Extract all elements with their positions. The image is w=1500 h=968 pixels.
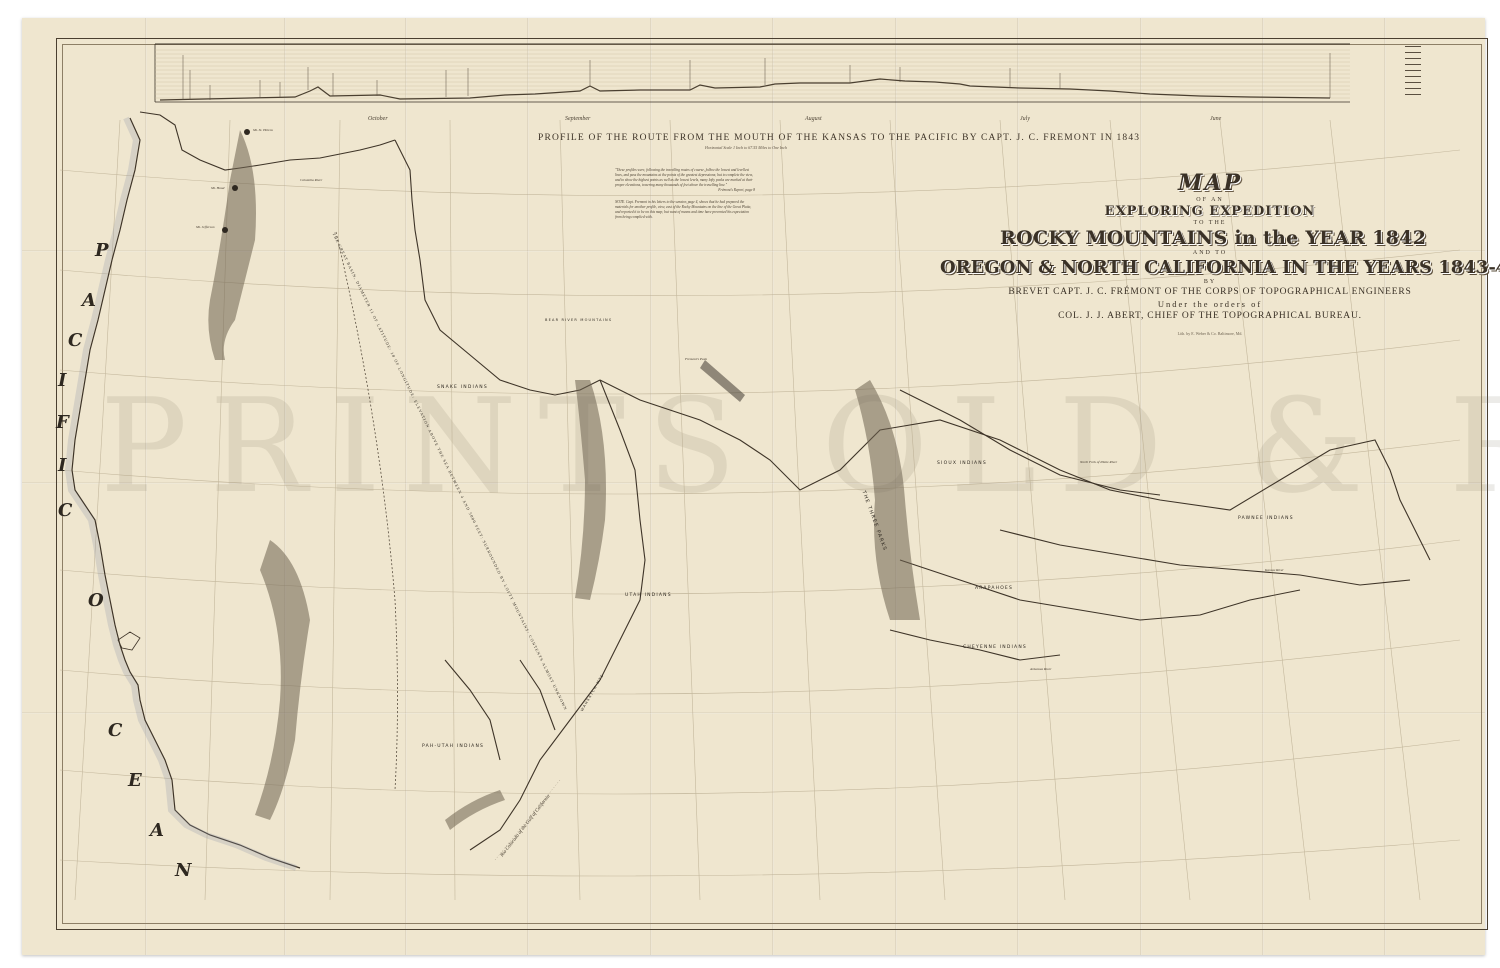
title-abert: Col. J. J. Abert, Chief of the Topograph… (1000, 311, 1420, 321)
ocean-letter: A (150, 820, 164, 841)
ocean-letter: C (108, 720, 122, 741)
title-to-the: TO THE (1000, 220, 1420, 226)
label-pah-utah-indians: PAH-UTAH INDIANS (422, 744, 484, 749)
mountain-ranges (208, 130, 920, 830)
quote-text: "These profiles were, following the trav… (615, 168, 753, 187)
label-kansas-river: Kansas River (1265, 568, 1284, 572)
label-bear-river-mountains: BEAR RIVER MOUNTAINS (545, 318, 612, 322)
label-arapahoes: ARAPAHOES (975, 586, 1013, 591)
ocean-letter: I (58, 455, 66, 476)
month-september: September (565, 116, 590, 122)
ocean-letter: F (56, 412, 69, 433)
ocean-letter: C (68, 330, 82, 351)
ocean-letter: O (88, 590, 104, 611)
title-orders: Under the orders of (1000, 299, 1420, 309)
pacific-coastline (68, 118, 300, 868)
lithographer-imprint: Lith. by E. Weber & Co. Baltimore, Md. (1000, 331, 1420, 336)
title-exploring-expedition: EXPLORING EXPEDITION (1000, 204, 1420, 219)
quote-source: Frémont's Report, page 8 (615, 188, 755, 193)
title-rocky-mountains: ROCKY MOUNTAINS in the YEAR 1842 (1000, 227, 1420, 249)
title-map: MAP (1000, 170, 1420, 196)
month-august: August (805, 116, 822, 122)
title-cartouche: MAP OF AN EXPLORING EXPEDITION TO THE RO… (1000, 170, 1420, 336)
month-october: October (368, 116, 388, 122)
label-fremonts-peak: Fremont's Peak (685, 357, 707, 361)
ocean-letter: C (58, 500, 72, 521)
label-mt-hood: Mt. Hood (211, 186, 224, 190)
title-of-an: OF AN (1000, 197, 1420, 203)
san-francisco-bay (118, 632, 140, 650)
fremont-quote: "These profiles were, following the trav… (615, 168, 755, 193)
ocean-letter: I (58, 370, 66, 391)
great-basin-line (336, 232, 398, 790)
ocean-letter: A (82, 290, 96, 311)
label-cheyenne-indians: CHEYENNE INDIANS (963, 645, 1027, 650)
label-platte-river: North Fork of Platte River (1080, 460, 1117, 464)
month-june: June (1210, 116, 1221, 122)
title-oregon-california: OREGON & NORTH CALIFORNIA IN THE YEARS 1… (940, 257, 1420, 278)
elevation-profile (155, 44, 1421, 102)
ocean-letter: N (175, 860, 191, 881)
ocean-letter: P (95, 240, 109, 261)
label-utah-indians: UTAH INDIANS (625, 593, 672, 598)
title-and-to: AND TO (1000, 250, 1420, 256)
label-sioux-indians: SIOUX INDIANS (937, 461, 987, 466)
label-snake-indians: SNAKE INDIANS (437, 385, 488, 390)
title-author: Brevet Capt. J. C. Frémont of the Corps … (1000, 287, 1420, 297)
label-mt-st-helens: Mt. St. Helens (253, 128, 273, 132)
title-by: BY (1000, 279, 1420, 285)
profile-note: NOTE. Capt. Fremont in his letters to th… (615, 200, 755, 220)
label-mt-jefferson: Mt. Jefferson (196, 225, 214, 229)
label-arkansas-river: Arkansas River (1030, 667, 1051, 671)
profile-scale-note: Horizontal Scale 1 Inch to 67.55 Miles t… (705, 145, 787, 150)
month-july: July (1020, 116, 1030, 122)
ocean-letter: E (128, 770, 142, 791)
label-columbia-river: Columbia River (300, 178, 322, 182)
profile-title: Profile of the Route from the Mouth of t… (538, 133, 1140, 143)
label-pawnee-indians: PAWNEE INDIANS (1238, 516, 1294, 521)
